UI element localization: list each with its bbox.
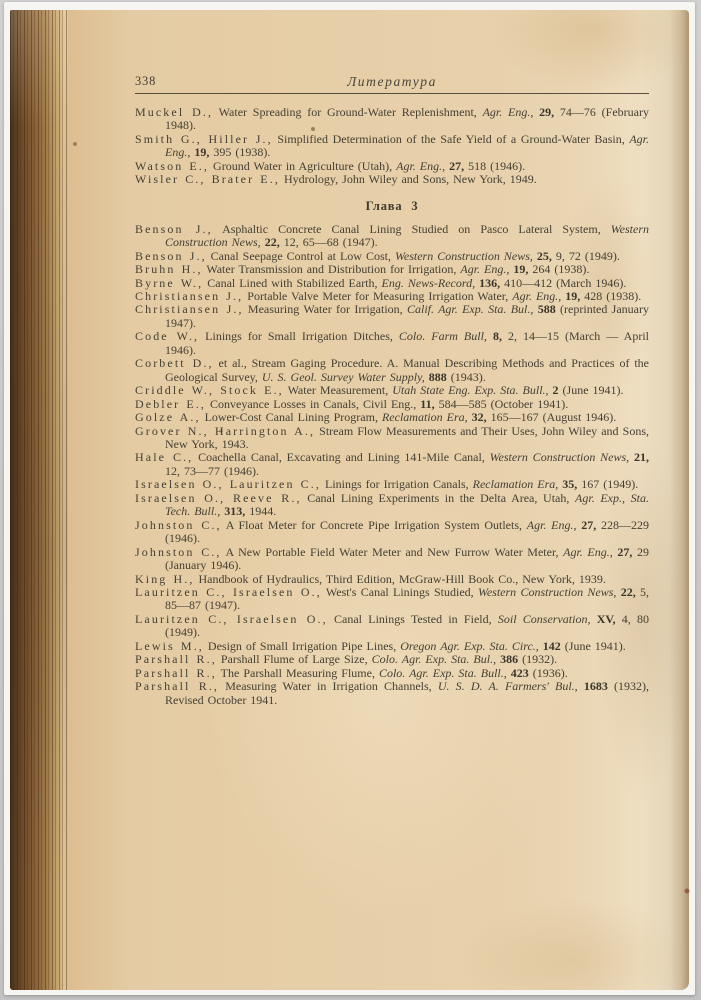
- reference-entry: Byrne W., Canal Lined with Stabilized Ea…: [135, 277, 649, 290]
- text-segment: Parshall Flume of Large Size,: [217, 652, 372, 666]
- reference-entry: Christiansen J., Measuring Water for Irr…: [135, 303, 649, 330]
- reference-entry: Code W., Linings for Small Irrigation Di…: [135, 330, 649, 357]
- author-name: Parshall R.,: [135, 652, 217, 666]
- text-segment: Coachella Canal, Excavating and Lining 1…: [193, 450, 489, 464]
- text-segment: 1944.: [249, 504, 276, 518]
- reference-entry: Johnston C., A New Portable Field Water …: [135, 546, 649, 573]
- reference-entry: Lauritzen C., Israelsen O., Canal Lining…: [135, 613, 649, 640]
- reference-entry: Bruhn H., Water Transmission and Distrib…: [135, 263, 649, 276]
- volume-number: 25,: [537, 249, 556, 263]
- reference-entry: Israelsen O., Reeve R., Canal Lining Exp…: [135, 492, 649, 519]
- paper-stain: [10, 10, 12, 12]
- text-segment: Water Measurement,: [284, 383, 392, 397]
- text-segment: 395 (1938).: [213, 145, 270, 159]
- text-segment: Hydrology, John Wiley and Sons, New York…: [280, 172, 537, 186]
- journal-title: Agr. Eng.,: [512, 289, 565, 303]
- text-segment: Design of Small Irrigation Pipe Lines,: [204, 639, 400, 653]
- book-page: 338 Литература Muckel D., Water Spreadin…: [10, 10, 689, 990]
- volume-number: 35,: [562, 477, 581, 491]
- volume-number: 29,: [539, 105, 560, 119]
- chapter-heading: Глава 3: [135, 199, 649, 214]
- text-segment: Measuring Water in Irrigation Channels,: [219, 679, 438, 693]
- page-content: 338 Литература Muckel D., Water Spreadin…: [135, 74, 649, 707]
- page-number: 338: [135, 74, 156, 89]
- volume-number: 888: [429, 370, 451, 384]
- text-segment: Ground Water in Agriculture (Utah),: [209, 159, 396, 173]
- volume-number: 19,: [565, 289, 584, 303]
- text-segment: Canal Lined with Stabilized Earth,: [203, 276, 381, 290]
- author-name: Smith G., Hiller J.,: [135, 132, 273, 146]
- reference-entry: Smith G., Hiller J., Simplified Determin…: [135, 133, 649, 160]
- journal-title: Agr. Eng.,: [563, 545, 617, 559]
- reference-entry: Muckel D., Water Spreading for Ground-Wa…: [135, 106, 649, 133]
- text-segment: (1943).: [451, 370, 486, 384]
- reference-entry: Benson J., Canal Seepage Control at Low …: [135, 250, 649, 263]
- reference-entry: Grover N., Harrington A., Stream Flow Me…: [135, 425, 649, 452]
- text-segment: (1936).: [533, 666, 568, 680]
- author-name: Benson J.,: [135, 222, 213, 236]
- reference-entry: Corbett D., et al., Stream Gaging Proced…: [135, 357, 649, 384]
- text-segment: Canal Linings Tested in Field,: [328, 612, 498, 626]
- text-segment: 165—167 (August 1946).: [491, 410, 617, 424]
- author-name: Debler E.,: [135, 397, 206, 411]
- reference-entry: Wisler C., Brater E., Hydrology, John Wi…: [135, 173, 649, 186]
- volume-number: 22,: [265, 235, 284, 249]
- volume-number: 588: [538, 302, 560, 316]
- reference-entry: Parshall R., The Parshall Measuring Flum…: [135, 667, 649, 680]
- text-segment: 518 (1946).: [468, 159, 525, 173]
- text-segment: Linings for Irrigation Canals,: [321, 477, 473, 491]
- reference-entry: Watson E., Ground Water in Agriculture (…: [135, 160, 649, 173]
- volume-number: 386: [500, 652, 522, 666]
- journal-title: Western Construction News,: [395, 249, 537, 263]
- author-name: Muckel D.,: [135, 105, 213, 119]
- author-name: Israelsen O., Reeve R.,: [135, 491, 302, 505]
- journal-title: Western Construction News,: [490, 450, 634, 464]
- reference-entry: Criddle W., Stock E., Water Measurement,…: [135, 384, 649, 397]
- volume-number: 8,: [493, 329, 508, 343]
- author-name: Criddle W., Stock E.,: [135, 383, 284, 397]
- text-segment: The Parshall Measuring Flume,: [217, 666, 379, 680]
- journal-title: Agr. Eng.,: [460, 262, 513, 276]
- journal-title: Agr. Eng.,: [527, 518, 582, 532]
- journal-title: Reclamation Era,: [473, 477, 563, 491]
- text-segment: (1932).: [522, 652, 557, 666]
- author-name: Bruhn H.,: [135, 262, 203, 276]
- author-name: Christiansen J.,: [135, 289, 243, 303]
- text-segment: 12, 65—68 (1947).: [284, 235, 378, 249]
- text-segment: (June 1941).: [563, 383, 624, 397]
- volume-number: 22,: [621, 585, 640, 599]
- volume-number: 19,: [194, 145, 213, 159]
- volume-number: 32,: [472, 410, 491, 424]
- author-name: Wisler C., Brater E.,: [135, 172, 280, 186]
- text-segment: 9, 72 (1949).: [556, 249, 620, 263]
- text-segment: Canal Lining Experiments in the Delta Ar…: [302, 491, 575, 505]
- volume-number: 19,: [513, 262, 532, 276]
- text-segment: Water Spreading for Ground-Water Repleni…: [213, 105, 482, 119]
- text-segment: Handbook of Hydraulics, Third Edition, M…: [194, 572, 605, 586]
- journal-title: U. S. D. A. Farmers' Bul.,: [438, 679, 584, 693]
- text-segment: Linings for Small Irrigation Ditches,: [199, 329, 399, 343]
- author-name: Corbett D.,: [135, 356, 214, 370]
- volume-number: XV,: [597, 612, 622, 626]
- journal-title: Agr. Eng.,: [396, 159, 449, 173]
- author-name: Parshall R.,: [135, 679, 219, 693]
- author-name: Parshall R.,: [135, 666, 217, 680]
- volume-number: 2: [553, 383, 563, 397]
- volume-number: 27,: [617, 545, 637, 559]
- journal-title: U. S. Geol. Survey Water Supply,: [262, 370, 429, 384]
- volume-number: 27,: [581, 518, 601, 532]
- journal-title: Colo. Agr. Exp. Sta. Bul.,: [372, 652, 500, 666]
- reference-entry: Parshall R., Parshall Flume of Large Siz…: [135, 653, 649, 666]
- journal-title: Western Construction News,: [478, 585, 621, 599]
- author-name: Code W.,: [135, 329, 199, 343]
- text-segment: Asphaltic Concrete Canal Lining Studied …: [213, 222, 611, 236]
- volume-number: 423: [511, 666, 533, 680]
- author-name: Byrne W.,: [135, 276, 203, 290]
- text-segment: (June 1941).: [565, 639, 626, 653]
- reference-entry: Lewis M., Design of Small Irrigation Pip…: [135, 640, 649, 653]
- reference-entry: King H., Handbook of Hydraulics, Third E…: [135, 573, 649, 586]
- volume-number: 142: [543, 639, 565, 653]
- author-name: Hale C.,: [135, 450, 193, 464]
- text-segment: Conveyance Losses in Canals, Civil Eng.,: [206, 397, 420, 411]
- journal-title: Oregon Agr. Exp. Sta. Circ.,: [400, 639, 543, 653]
- journal-title: Eng. News-Record,: [382, 276, 480, 290]
- binding-gutter-shadow: [10, 10, 68, 990]
- volume-number: 1683: [584, 679, 614, 693]
- running-title: Литература: [135, 74, 649, 90]
- reference-entry: Debler E., Conveyance Losses in Canals, …: [135, 398, 649, 411]
- author-name: Lewis M.,: [135, 639, 204, 653]
- text-segment: 264 (1938).: [532, 262, 589, 276]
- reference-entry: Israelsen O., Lauritzen C., Linings for …: [135, 478, 649, 491]
- journal-title: Soil Conservation,: [498, 612, 597, 626]
- text-segment: Lower-Cost Canal Lining Program,: [201, 410, 382, 424]
- text-segment: Simplified Determination of the Safe Yie…: [273, 132, 630, 146]
- author-name: Lauritzen C., Israelsen O.,: [135, 585, 322, 599]
- reference-entry: Benson J., Asphaltic Concrete Canal Lini…: [135, 223, 649, 250]
- author-name: Johnston C.,: [135, 518, 222, 532]
- journal-title: Utah State Eng. Exp. Sta. Bull.,: [392, 383, 552, 397]
- text-segment: 428 (1938).: [584, 289, 641, 303]
- volume-number: 313,: [224, 504, 249, 518]
- journal-title: Calif. Agr. Exp. Sta. Bul.,: [407, 302, 538, 316]
- author-name: Grover N., Harrington A.,: [135, 424, 315, 438]
- reference-entry: Parshall R., Measuring Water in Irrigati…: [135, 680, 649, 707]
- text-segment: 12, 73—77 (1946).: [165, 464, 259, 478]
- text-segment: 410—412 (March 1946).: [504, 276, 626, 290]
- reference-entry: Golze A., Lower-Cost Canal Lining Progra…: [135, 411, 649, 424]
- text-segment: 584—585 (October 1941).: [439, 397, 569, 411]
- volume-number: 11,: [420, 397, 438, 411]
- reference-entry: Johnston C., A Float Meter for Concrete …: [135, 519, 649, 546]
- journal-title: Reclamation Era,: [382, 410, 472, 424]
- author-name: Lauritzen C., Israelsen O.,: [135, 612, 328, 626]
- text-segment: A Float Meter for Concrete Pipe Irrigati…: [222, 518, 527, 532]
- author-name: Christiansen J.,: [135, 302, 244, 316]
- volume-number: 27,: [449, 159, 468, 173]
- text-segment: Water Transmission and Distribution for …: [203, 262, 461, 276]
- reference-entry: Lauritzen C., Israelsen O., West's Canal…: [135, 586, 649, 613]
- volume-number: 136,: [479, 276, 504, 290]
- author-name: Johnston C.,: [135, 545, 222, 559]
- reference-entry: Hale C., Coachella Canal, Excavating and…: [135, 451, 649, 478]
- text-segment: Canal Seepage Control at Low Cost,: [207, 249, 395, 263]
- text-segment: West's Canal Linings Studied,: [322, 585, 478, 599]
- text-segment: A New Portable Field Water Meter and New…: [222, 545, 564, 559]
- author-name: King H.,: [135, 572, 194, 586]
- author-name: Benson J.,: [135, 249, 207, 263]
- page-header: 338 Литература: [135, 74, 649, 94]
- author-name: Golze A.,: [135, 410, 201, 424]
- reference-list: Muckel D., Water Spreading for Ground-Wa…: [135, 106, 649, 707]
- author-name: Watson E.,: [135, 159, 209, 173]
- journal-title: Colo. Agr. Exp. Sta. Bull.,: [379, 666, 511, 680]
- volume-number: 21,: [634, 450, 649, 464]
- reference-entry: Christiansen J., Portable Valve Meter fo…: [135, 290, 649, 303]
- text-segment: Measuring Water for Irrigation,: [244, 302, 407, 316]
- text-segment: Portable Valve Meter for Measuring Irrig…: [243, 289, 512, 303]
- text-segment: 167 (1949).: [581, 477, 638, 491]
- author-name: Israelsen O., Lauritzen C.,: [135, 477, 321, 491]
- journal-title: Agr. Eng.,: [483, 105, 540, 119]
- journal-title: Colo. Farm Bull,: [399, 329, 493, 343]
